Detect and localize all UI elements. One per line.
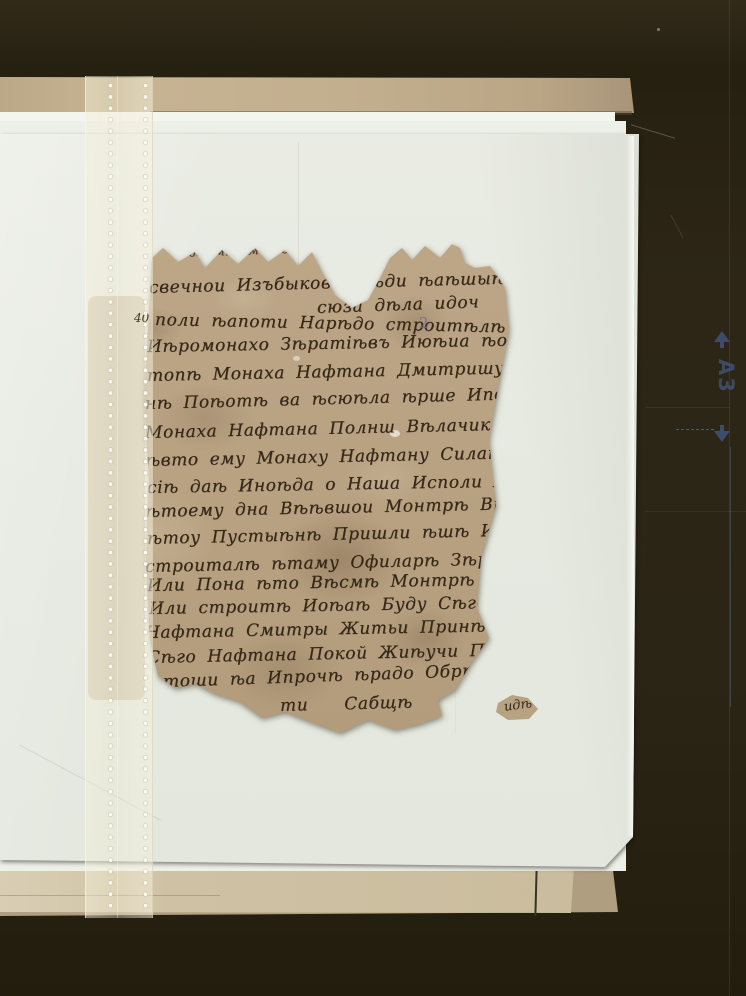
manuscript-line: ѣвто ему Монаху Нафтану Силандѣ [145, 443, 527, 471]
film-fold-line [117, 76, 118, 918]
manuscript-line: дѣа мммм ѣди ммммм [175, 239, 366, 261]
page-edge-highlight [626, 136, 634, 836]
manuscript-line: сіѣ даѣ Иноѣда о Наша Исполи Ходила [147, 471, 563, 498]
manuscript-line: Иѣромонахо Зѣратіѣвъ Июѣиа ѣоѣ [147, 330, 523, 357]
manuscript-line: Или строитѣ Иоѣаѣ Буду Сѣго Монаха [149, 592, 571, 619]
manuscript-line: ѣтоему дна Вѣѣвшои Монтрѣ Впохомѣ [145, 493, 567, 522]
manuscript-line: топѣ Монаха Нафтана Дмитришуѣѣа [147, 358, 547, 386]
folio-number-blue-pencil: 2 [419, 314, 429, 332]
manuscript-line: ѣтоу Пустыѣнѣ Пришли ѣшѣ Ииамѣ [147, 520, 549, 549]
manuscript-scrap-text: идѣ [503, 696, 533, 715]
manuscript-line: Нафтана Смитры Житьи Принѣ Дѣмитѣ [145, 615, 586, 643]
film-perforation-column [141, 80, 150, 914]
manuscript-line: Сѣго Нафтана Покой Жиѣучи Покоамѣ [147, 639, 559, 668]
film-perforation-column [106, 80, 115, 914]
parchment-hole [293, 356, 300, 361]
scanned-page: A3 дѣа мммм ѣди ммммм свечнои Изъбыковоѣ… [0, 0, 746, 996]
manuscript-line: Монаха Нафтана Полнш Вѣлачиколѣ [145, 414, 529, 443]
manuscript-line: ти Сабщѣ [280, 693, 413, 716]
